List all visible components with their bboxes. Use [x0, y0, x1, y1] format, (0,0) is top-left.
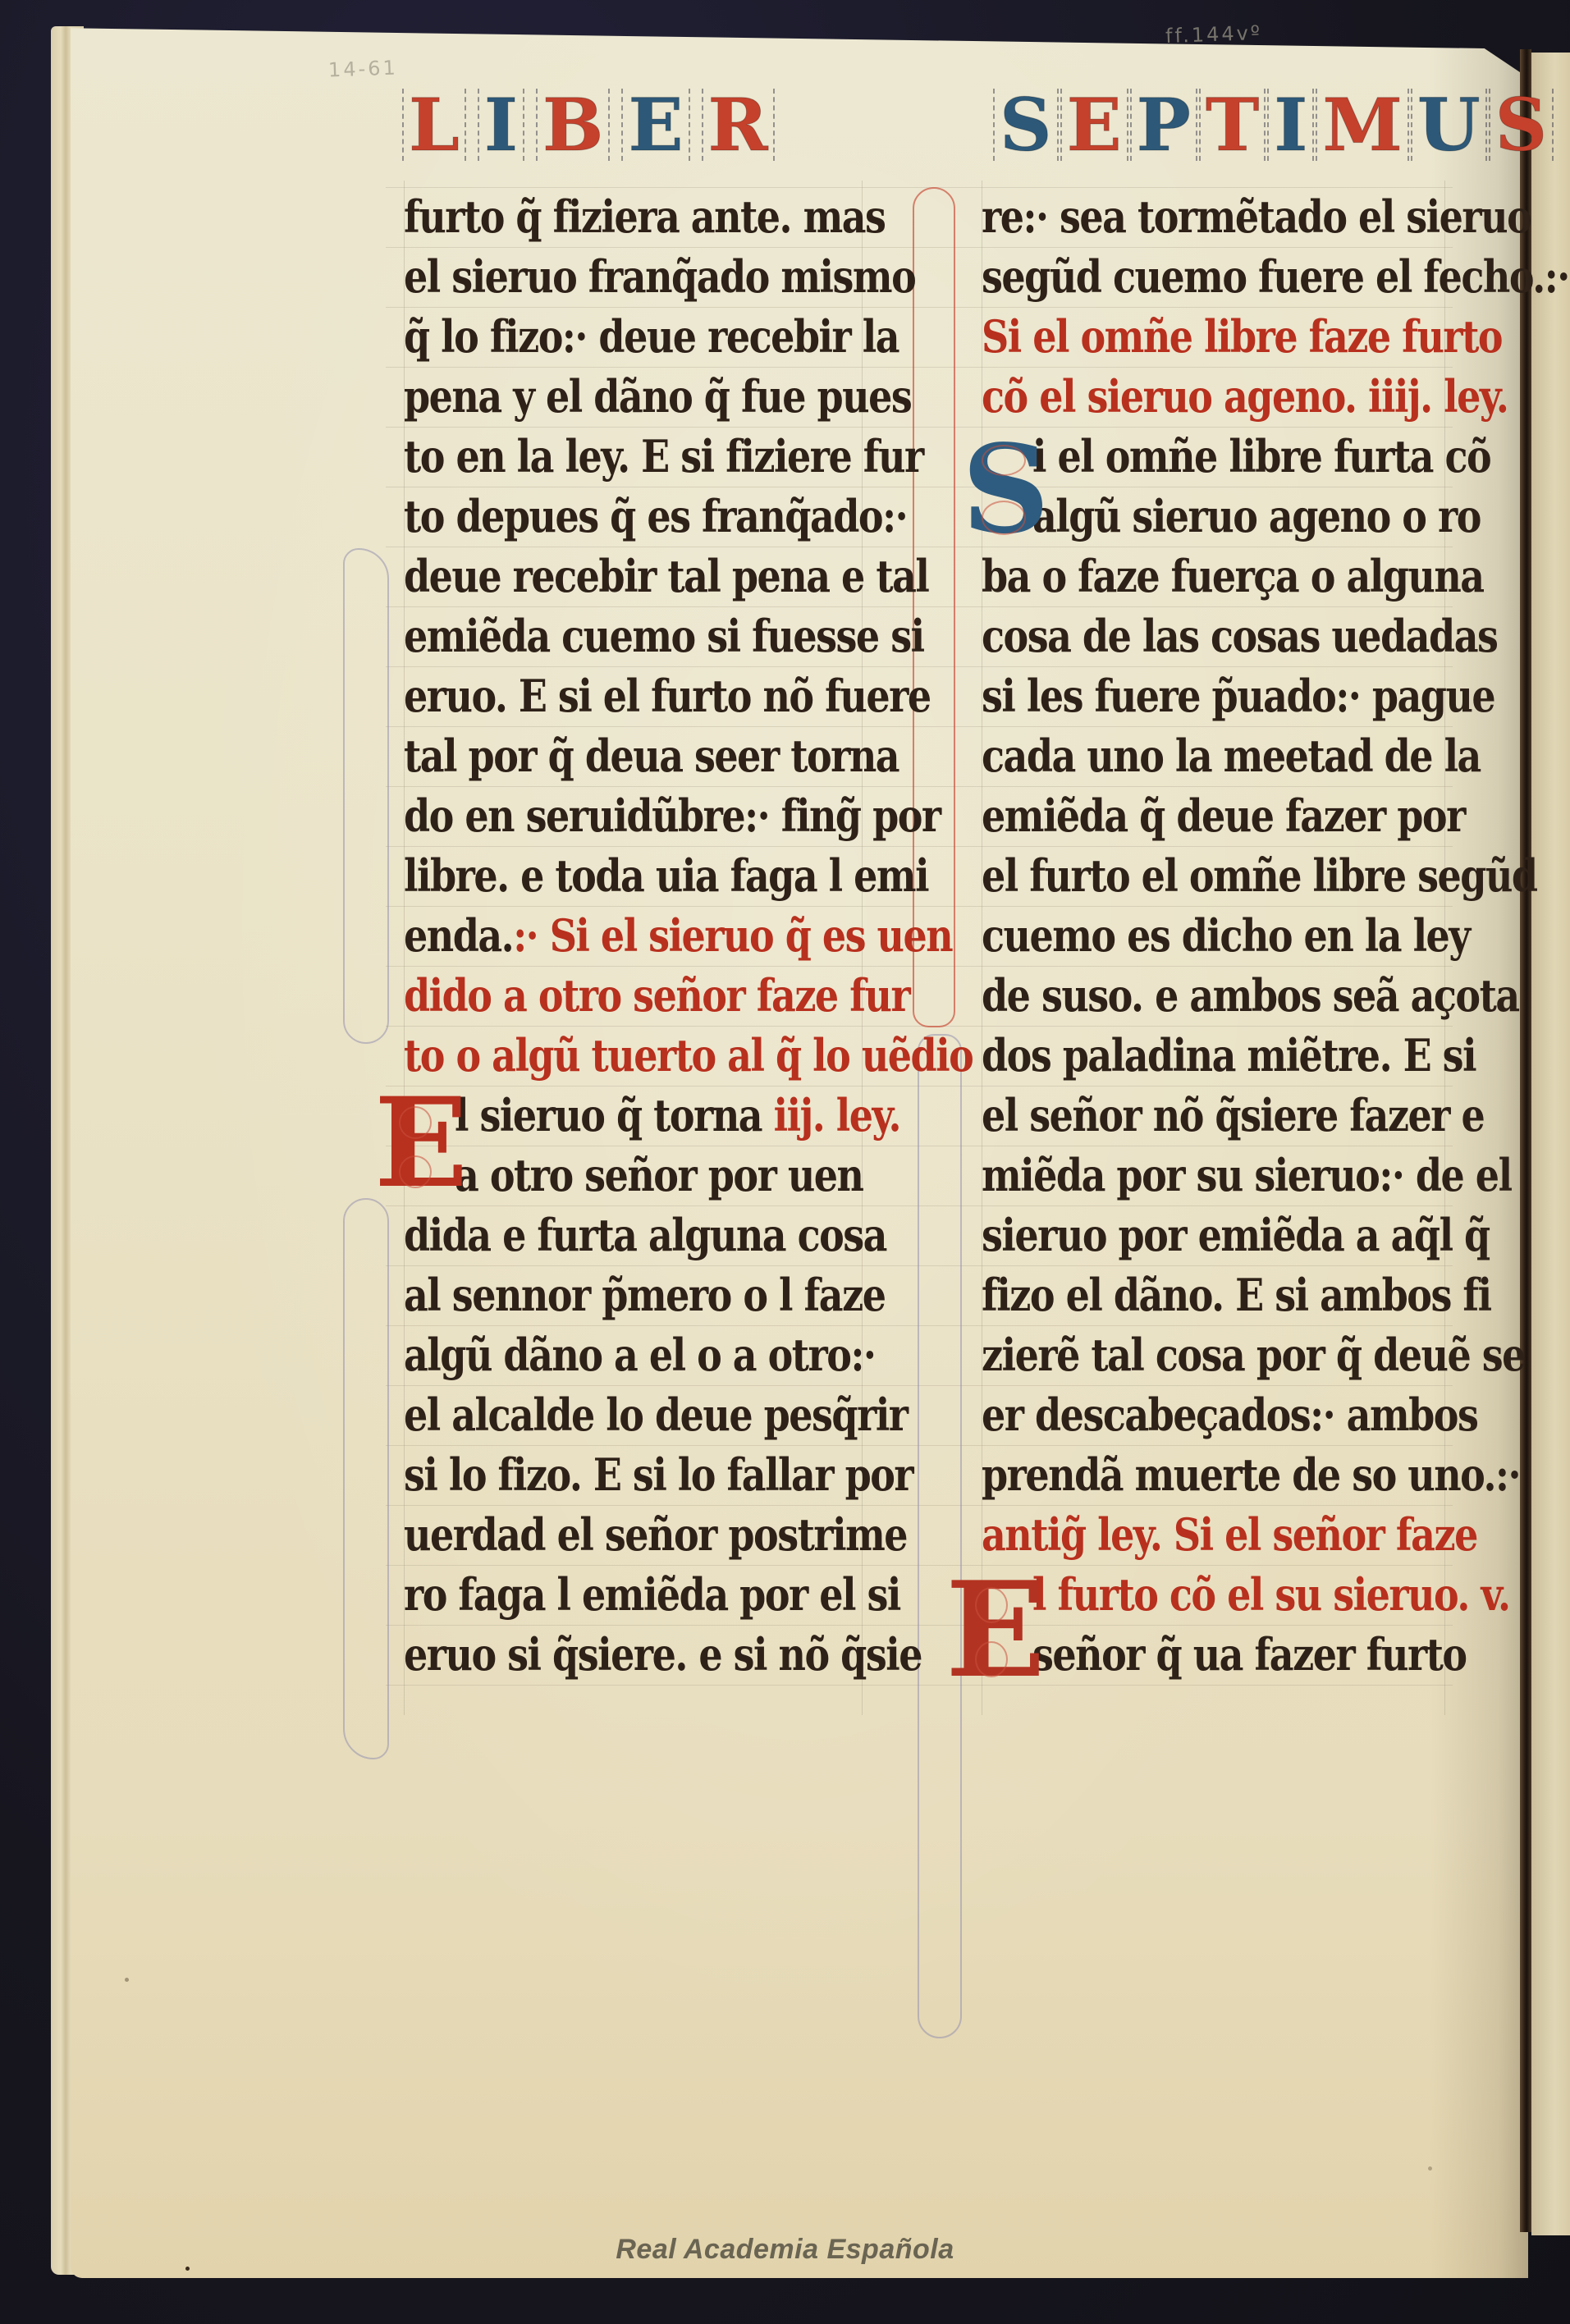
header-letter: I	[1267, 89, 1314, 161]
running-header-liber: L I B E R	[402, 89, 775, 161]
line-text: furto q̃ fiziera ante. mas	[404, 190, 885, 243]
line-text: el alcalde lo deue pesq̃rir	[404, 1388, 908, 1441]
line-text: do en seruidũbre:· fing̃ por	[404, 789, 941, 842]
decorated-initial-S-right: S	[962, 428, 1044, 548]
line-text: l furto cõ el su sieruo. v.	[1032, 1568, 1510, 1621]
watermark-real-academia: Real Academia Española	[0, 2234, 1570, 2266]
pen-flourish-left-lower	[343, 1198, 389, 1759]
line-text: pena y el dãno q̃ fue pues	[404, 370, 911, 423]
line-text: a otro señor por uen	[455, 1149, 863, 1201]
line-text: Si el omñe libre faze furto	[982, 310, 1502, 363]
line-text: dido a otro señor faze fur	[404, 969, 909, 1022]
swirl-ornament-icon	[399, 1155, 432, 1188]
pencil-note-top-right: ff.144vº	[1165, 21, 1263, 48]
swirl-ornament-icon	[975, 1641, 1008, 1677]
line-text: l sieruo q̃ torna	[455, 1089, 762, 1141]
line-text: eruo. E si el furto nõ fuere	[404, 670, 931, 722]
decorated-initial-E-right: E	[945, 1564, 1028, 1687]
line-text: miẽda por su sieruo:· de el	[982, 1149, 1512, 1201]
line-text: tal por q̃ deua seer torna	[404, 730, 899, 782]
line-text: re:· sea tormẽtado el sieruo	[982, 190, 1531, 243]
header-letter: P	[1130, 89, 1197, 161]
pen-flourish-left-upper	[343, 548, 389, 1044]
line-text: señor q̃ ua fazer furto	[1032, 1628, 1467, 1681]
facing-page-edge	[1531, 53, 1570, 2235]
header-letter: S	[993, 89, 1059, 161]
line-text: el furto el omñe libre segũd	[982, 849, 1537, 902]
line-text: to en la ley. E si fiziere fur	[404, 430, 923, 483]
line-text: segũd cuemo fuere el fecho.:·	[982, 250, 1569, 303]
binding-gutter	[1520, 49, 1531, 2232]
line-text: libre. e toda uia faga l emi	[404, 849, 928, 902]
header-letter: E	[1060, 89, 1128, 161]
line-text: cada uno la meetad de la	[982, 730, 1481, 782]
rubric-text: :· Si el sieruo q̃ es uen	[513, 909, 952, 962]
header-letter: T	[1199, 89, 1266, 161]
line-text: deue recebir tal pena e tal	[404, 550, 928, 602]
line-text: dos paladina miẽtre. E si	[982, 1029, 1476, 1082]
line-text: cuemo es dicho en la ley	[982, 909, 1470, 962]
line-text: algũ dãno a el o a otro:·	[404, 1329, 875, 1381]
header-letter: B	[536, 89, 610, 161]
line-text: q̃ lo fizo:· deue recebir la	[404, 310, 899, 363]
line-text: ba o faze fuerça o alguna	[982, 550, 1484, 602]
line-text: si lo fizo. E si lo fallar por	[404, 1448, 913, 1501]
line-text: dida e furta alguna cosa	[404, 1209, 886, 1261]
header-letter: E	[621, 89, 689, 161]
pencil-note-top-left: 14-61	[328, 57, 399, 82]
line-text: emiẽda cuemo si fuesse si	[404, 610, 924, 662]
line-text: al sennor p̃mero o l faze	[404, 1269, 885, 1321]
line-text: er descabeçados:· ambos	[982, 1388, 1477, 1441]
swirl-ornament-icon	[982, 501, 1026, 535]
decorated-initial-E-left: E	[374, 1082, 448, 1205]
header-letter: M	[1316, 89, 1408, 161]
text-column-right: re:· sea tormẽtado el sieruosegũd cuemo …	[982, 187, 1490, 1685]
rubric-text: iij. ley.	[762, 1089, 900, 1141]
line-text: si les fuere p̃uado:· pague	[982, 670, 1494, 722]
line-text: cõ el sieruo ageno. iiij. ley.	[982, 370, 1508, 423]
swirl-ornament-icon	[975, 1587, 1008, 1623]
swirl-ornament-icon	[982, 445, 1026, 476]
line-text: antig̃ ley. Si el señor faze	[982, 1508, 1477, 1561]
line-text: ro faga l emiẽda por el si	[404, 1568, 900, 1621]
line-text: enda.	[404, 909, 513, 962]
line-text: sieruo por emiẽda a aq̃l q̃	[982, 1209, 1490, 1261]
text-column-left: furto q̃ fiziera ante. masel sieruo fran…	[404, 187, 913, 1685]
line-text: i el omñe libre furta cõ	[1032, 430, 1490, 483]
line-text: cosa de las cosas uedadas	[982, 610, 1497, 662]
line-text: el señor nõ q̃siere fazer e	[982, 1089, 1484, 1141]
line-text: to o algũ tuerto al q̃ lo uẽdio	[404, 1029, 973, 1082]
line-text: eruo si q̃siere. e si nõ q̃sie	[404, 1628, 922, 1681]
header-letter: L	[402, 89, 466, 161]
pen-flourish-right-lower	[918, 1034, 962, 2038]
line-text: emiẽda q̃ deue fazer por	[982, 789, 1465, 842]
line-text: algũ sieruo ageno o ro	[1032, 490, 1481, 542]
manuscript-line: señor q̃ ua fazer furto	[982, 1619, 1490, 1690]
line-text: zierẽ tal cosa por q̃ deuẽ se	[982, 1329, 1525, 1381]
swirl-ornament-icon	[399, 1106, 432, 1139]
line-text: de suso. e ambos seã açota	[982, 969, 1519, 1022]
line-text: fizo el dãno. E si ambos fi	[982, 1269, 1491, 1321]
line-text: uerdad el señor postrime	[404, 1508, 907, 1561]
running-header-septimus: S E P T I M U S	[993, 89, 1554, 161]
line-text: to depues q̃ es franq̃ado:·	[404, 490, 907, 542]
manuscript-line: eruo si q̃siere. e si nõ q̃sie	[404, 1619, 913, 1690]
header-letter: I	[478, 89, 524, 161]
header-letter: S	[1489, 89, 1554, 161]
header-letter: U	[1411, 89, 1487, 161]
line-text: el sieruo franq̃ado mismo	[404, 250, 915, 303]
header-letter: R	[702, 89, 775, 161]
line-text: prendã muerte de so uno.:·	[982, 1448, 1520, 1501]
